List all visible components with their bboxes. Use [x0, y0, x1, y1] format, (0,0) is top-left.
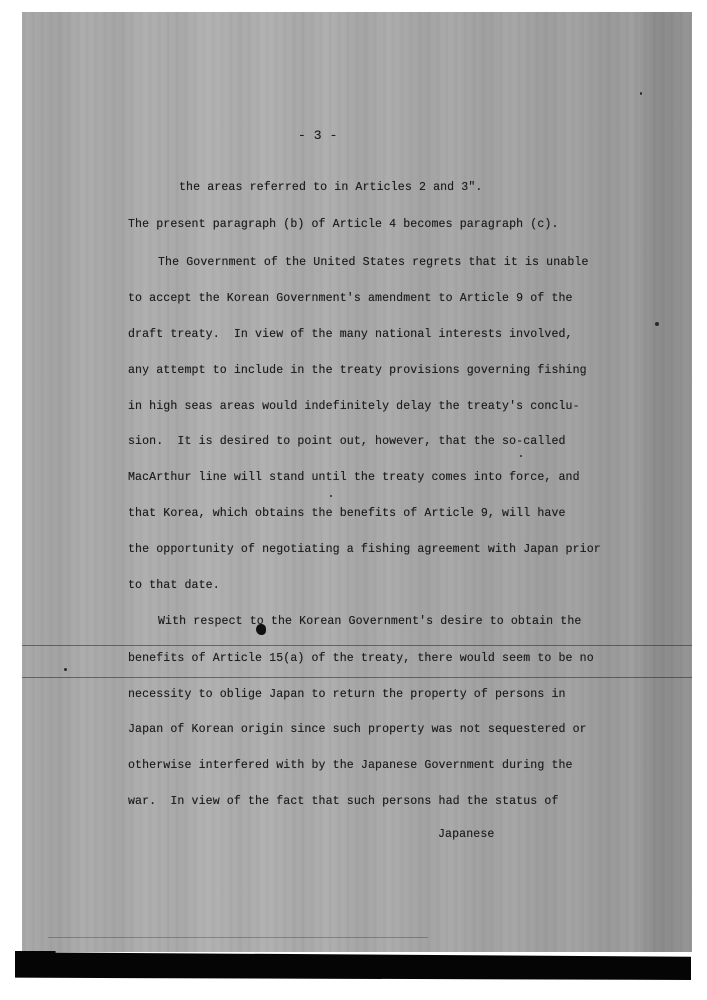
body-line: the opportunity of negotiating a fishing…	[128, 543, 601, 556]
body-line: otherwise interfered with by the Japanes…	[128, 759, 573, 772]
body-line: in high seas areas would indefinitely de…	[128, 400, 580, 413]
body-line: benefits of Article 15(a) of the treaty,…	[128, 652, 594, 665]
paragraph-start: The Government of the United States regr…	[158, 256, 589, 269]
speck	[330, 495, 332, 497]
speck	[640, 92, 642, 95]
speck	[64, 668, 67, 671]
catchword: Japanese	[438, 828, 494, 841]
body-line: sion. It is desired to point out, howeve…	[128, 435, 566, 448]
paragraph-start: With respect to the Korean Government's …	[158, 615, 581, 628]
ink-blot	[256, 624, 266, 635]
scan-line-artifact	[22, 677, 692, 678]
body-line: war. In view of the fact that such perso…	[128, 795, 559, 808]
speck	[655, 322, 659, 326]
body-line: necessity to oblige Japan to return the …	[128, 688, 566, 701]
body-line: draft treaty. In view of the many nation…	[128, 328, 573, 341]
body-line: to accept the Korean Government's amendm…	[128, 292, 573, 305]
body-line: any attempt to include in the treaty pro…	[128, 364, 587, 377]
speck	[520, 455, 522, 457]
scan-bottom-band	[15, 951, 691, 980]
body-line: Japan of Korean origin since such proper…	[128, 723, 587, 736]
body-line: The present paragraph (b) of Article 4 b…	[128, 218, 559, 231]
body-line: MacArthur line will stand until the trea…	[128, 471, 580, 484]
page-number: - 3 -	[298, 128, 338, 143]
body-line: that Korea, which obtains the benefits o…	[128, 507, 566, 520]
body-line: the areas referred to in Articles 2 and …	[179, 181, 482, 194]
scan-line-artifact	[22, 645, 692, 646]
scan-line-artifact	[48, 937, 428, 938]
body-line: to that date.	[128, 579, 220, 592]
page-shadow	[632, 12, 692, 952]
